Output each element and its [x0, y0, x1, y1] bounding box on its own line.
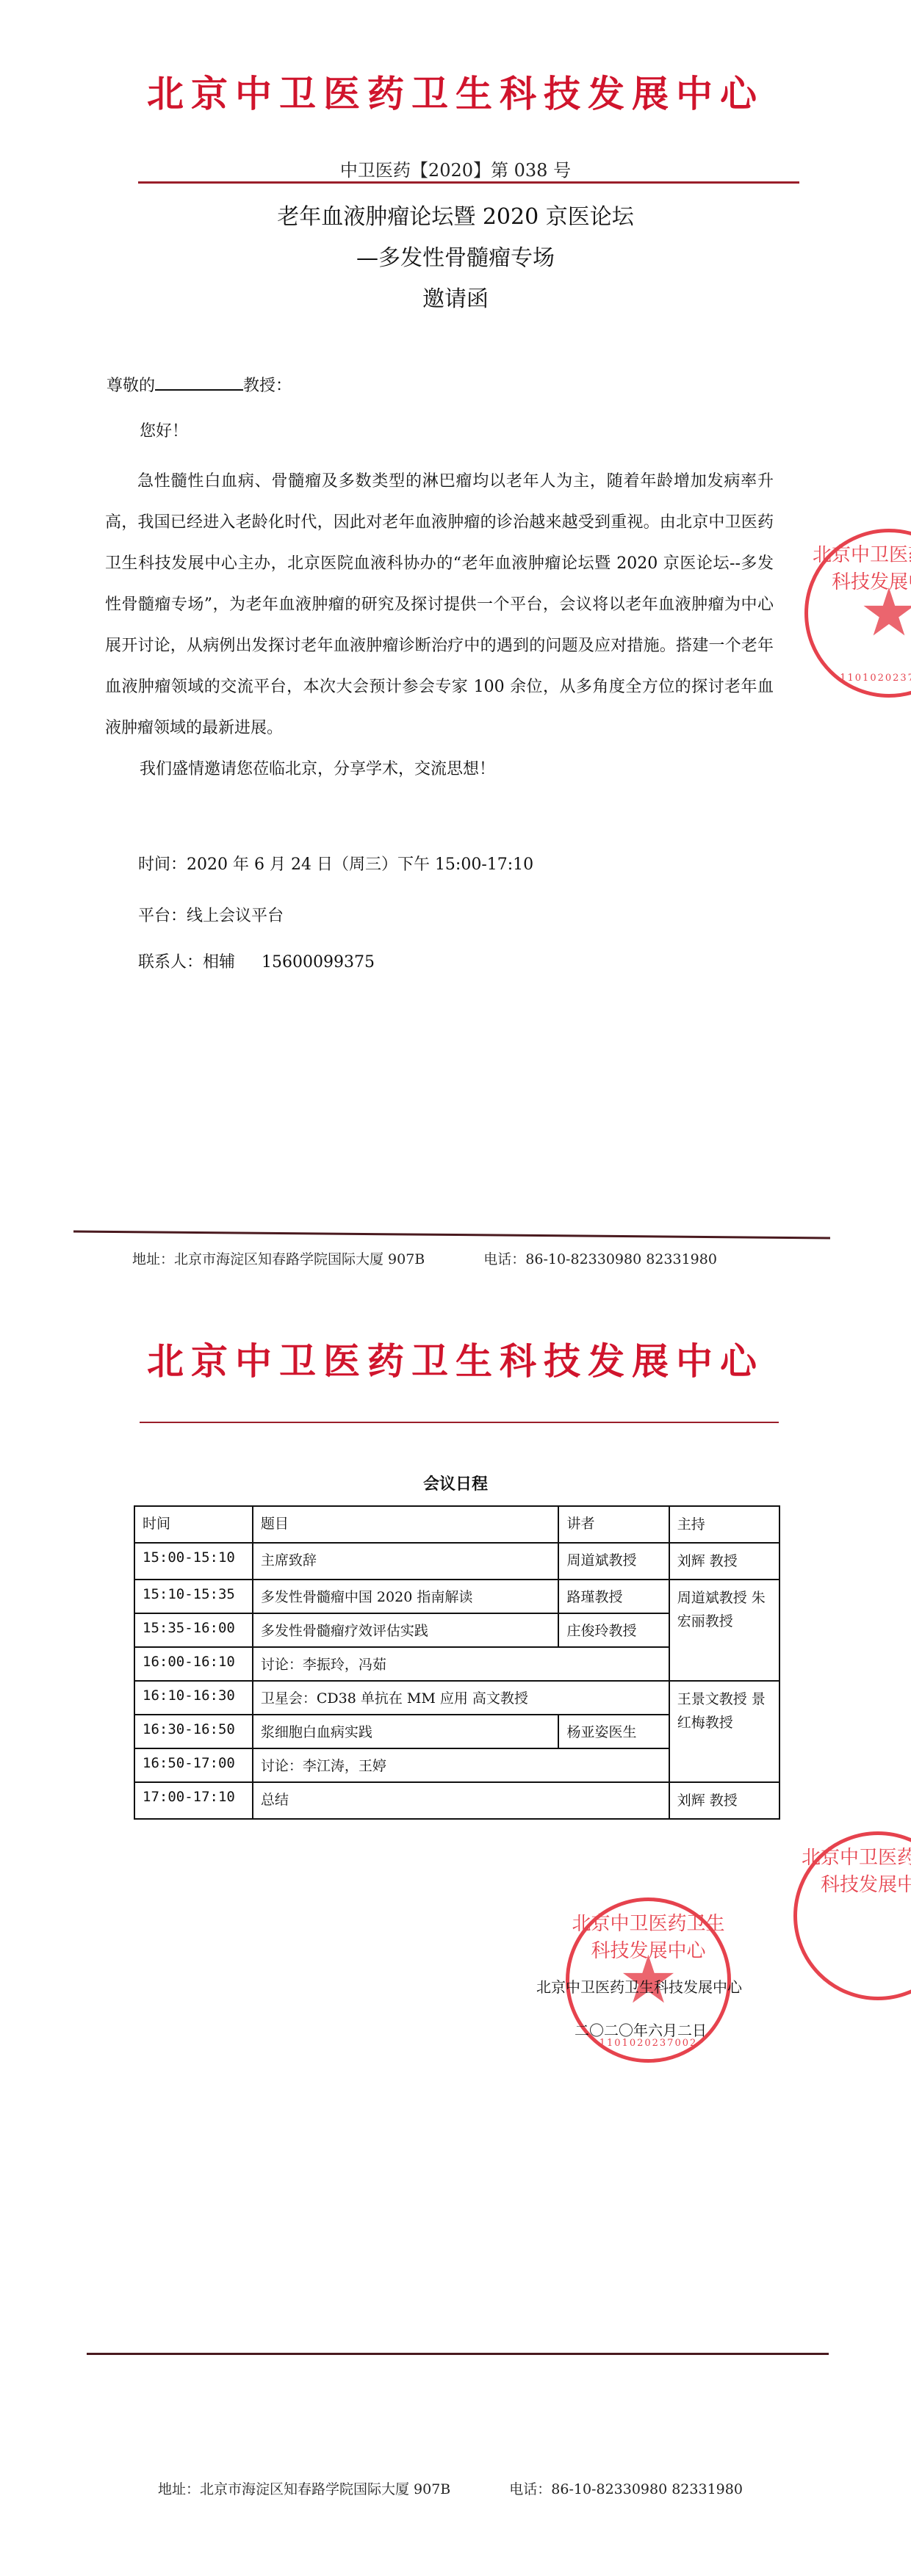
- cell-topic: 讨论：李振玲，冯茹: [253, 1647, 669, 1681]
- cell-host: 刘辉 教授: [669, 1782, 779, 1819]
- cell-speaker: 周道斌教授: [558, 1543, 669, 1580]
- salutation-prefix: 尊敬的: [107, 377, 155, 395]
- header-speaker: 讲者: [558, 1506, 669, 1543]
- contact-label: 联系人：相辅: [138, 953, 235, 972]
- event-contact: 联系人：相辅15600099375: [138, 949, 375, 972]
- table-row: 16:10-16:30 卫星会：CD38 单抗在 MM 应用 高文教授 王景文教…: [134, 1681, 779, 1715]
- document-number: 中卫医药【2020】第 038 号: [0, 156, 911, 181]
- cell-topic: 浆细胞白血病实践: [253, 1715, 559, 1748]
- cell-topic: 多发性骨髓瘤中国 2020 指南解读: [253, 1580, 559, 1613]
- official-seal-icon: 北京中卫医药卫生科技发展中心 ★ 1101020237002: [804, 529, 911, 698]
- header-divider: [138, 181, 799, 184]
- invitation-title: 老年血液肿瘤论坛暨 2020 京医论坛 —多发性骨髓瘤专场 邀请函: [0, 197, 911, 320]
- cell-time: 15:00-15:10: [134, 1543, 253, 1580]
- table-row: 15:00-15:10 主席致辞 周道斌教授 刘辉 教授: [134, 1543, 779, 1580]
- cell-time: 16:00-16:10: [134, 1647, 253, 1681]
- header-divider: [140, 1422, 779, 1423]
- title-line-1: 老年血液肿瘤论坛暨 2020 京医论坛: [0, 197, 911, 238]
- header-topic: 题目: [253, 1506, 559, 1543]
- footer: 地址：北京市海淀区知春路学院国际大厦 907B电话：86-10-82330980…: [158, 2478, 743, 2498]
- footer: 地址：北京市海淀区知春路学院国际大厦 907B电话：86-10-82330980…: [132, 1248, 717, 1268]
- title-line-2: —多发性骨髓瘤专场: [0, 238, 911, 279]
- page-2: 北京中卫医药卫生科技发展中心 会议日程 时间 题目 讲者 主持 15:00-15…: [0, 1288, 911, 2576]
- letterhead-title: 北京中卫医药卫生科技发展中心: [0, 1332, 911, 1385]
- title-line-3: 邀请函: [0, 279, 911, 320]
- contact-phone: 15600099375: [262, 953, 375, 972]
- cell-topic: 总结: [253, 1782, 669, 1819]
- footer-address: 地址：北京市海淀区知春路学院国际大厦 907B: [158, 2481, 450, 2497]
- table-row: 15:10-15:35 多发性骨髓瘤中国 2020 指南解读 路瑾教授 周道斌教…: [134, 1580, 779, 1613]
- cell-time: 16:10-16:30: [134, 1681, 253, 1715]
- cell-time: 15:10-15:35: [134, 1580, 253, 1613]
- schedule-title: 会议日程: [0, 1472, 911, 1494]
- page-1: 北京中卫医药卫生科技发展中心 中卫医药【2020】第 038 号 老年血液肿瘤论…: [0, 0, 911, 1288]
- cell-host: 王景文教授 景红梅教授: [669, 1681, 779, 1782]
- partial-seal-icon: 北京中卫医药卫生科技发展中心: [793, 1831, 911, 2000]
- table-header-row: 时间 题目 讲者 主持: [134, 1506, 779, 1543]
- seal-number: 1101020237002: [808, 673, 911, 684]
- footer-phone: 电话：86-10-82330980 82331980: [509, 2481, 743, 2497]
- closing-line: 我们盛情邀请您莅临北京，分享学术，交流思想！: [140, 756, 495, 779]
- seal-ring-text: 北京中卫医药卫生科技发展中心: [797, 1842, 911, 1897]
- footer-phone: 电话：86-10-82330980 82331980: [483, 1251, 717, 1267]
- cell-time: 15:35-16:00: [134, 1613, 253, 1647]
- footer-divider: [73, 1231, 830, 1240]
- cell-host: 刘辉 教授: [669, 1543, 779, 1580]
- body-paragraph: 急性髓性白血病、骨髓瘤及多数类型的淋巴瘤均以老年人为主，随着年龄增加发病率升高，…: [105, 461, 774, 749]
- signature-date: 二〇二〇年六月二日: [575, 2019, 742, 2040]
- cell-topic: 多发性骨髓瘤疗效评估实践: [253, 1613, 559, 1647]
- cell-host: 周道斌教授 朱宏丽教授: [669, 1580, 779, 1681]
- footer-address: 地址：北京市海淀区知春路学院国际大厦 907B: [132, 1251, 425, 1267]
- cell-speaker: 杨亚姿医生: [558, 1715, 669, 1748]
- seal-star-icon: ★: [860, 580, 911, 646]
- letterhead-title: 北京中卫医药卫生科技发展中心: [0, 65, 911, 117]
- cell-topic: 主席致辞: [253, 1543, 559, 1580]
- name-blank-line: [155, 373, 243, 391]
- salutation-suffix: 教授：: [243, 377, 292, 395]
- header-host: 主持: [669, 1506, 779, 1543]
- table-row: 17:00-17:10 总结 刘辉 教授: [134, 1782, 779, 1819]
- cell-speaker: 庄俊玲教授: [558, 1613, 669, 1647]
- cell-speaker: 路瑾教授: [558, 1580, 669, 1613]
- event-time: 时间：2020 年 6 月 24 日（周三）下午 15:00-17:10: [138, 852, 533, 875]
- signature-block: 北京中卫医药卫生科技发展中心 二〇二〇年六月二日: [536, 1975, 742, 2040]
- signature-org: 北京中卫医药卫生科技发展中心: [536, 1978, 742, 1996]
- salutation: 尊敬的教授：: [107, 373, 292, 396]
- cell-time: 16:30-16:50: [134, 1715, 253, 1748]
- schedule-table: 时间 题目 讲者 主持 15:00-15:10 主席致辞 周道斌教授 刘辉 教授…: [134, 1505, 780, 1820]
- cell-time: 16:50-17:00: [134, 1748, 253, 1782]
- cell-topic: 讨论：李江涛，王婷: [253, 1748, 669, 1782]
- cell-time: 17:00-17:10: [134, 1782, 253, 1819]
- greeting: 您好！: [140, 419, 188, 441]
- footer-divider: [87, 2353, 829, 2355]
- body-paragraph-container: 急性髓性白血病、骨髓瘤及多数类型的淋巴瘤均以老年人为主，随着年龄增加发病率升高，…: [105, 461, 774, 749]
- header-time: 时间: [134, 1506, 253, 1543]
- cell-topic: 卫星会：CD38 单抗在 MM 应用 高文教授: [253, 1681, 669, 1715]
- event-platform: 平台：线上会议平台: [138, 903, 284, 926]
